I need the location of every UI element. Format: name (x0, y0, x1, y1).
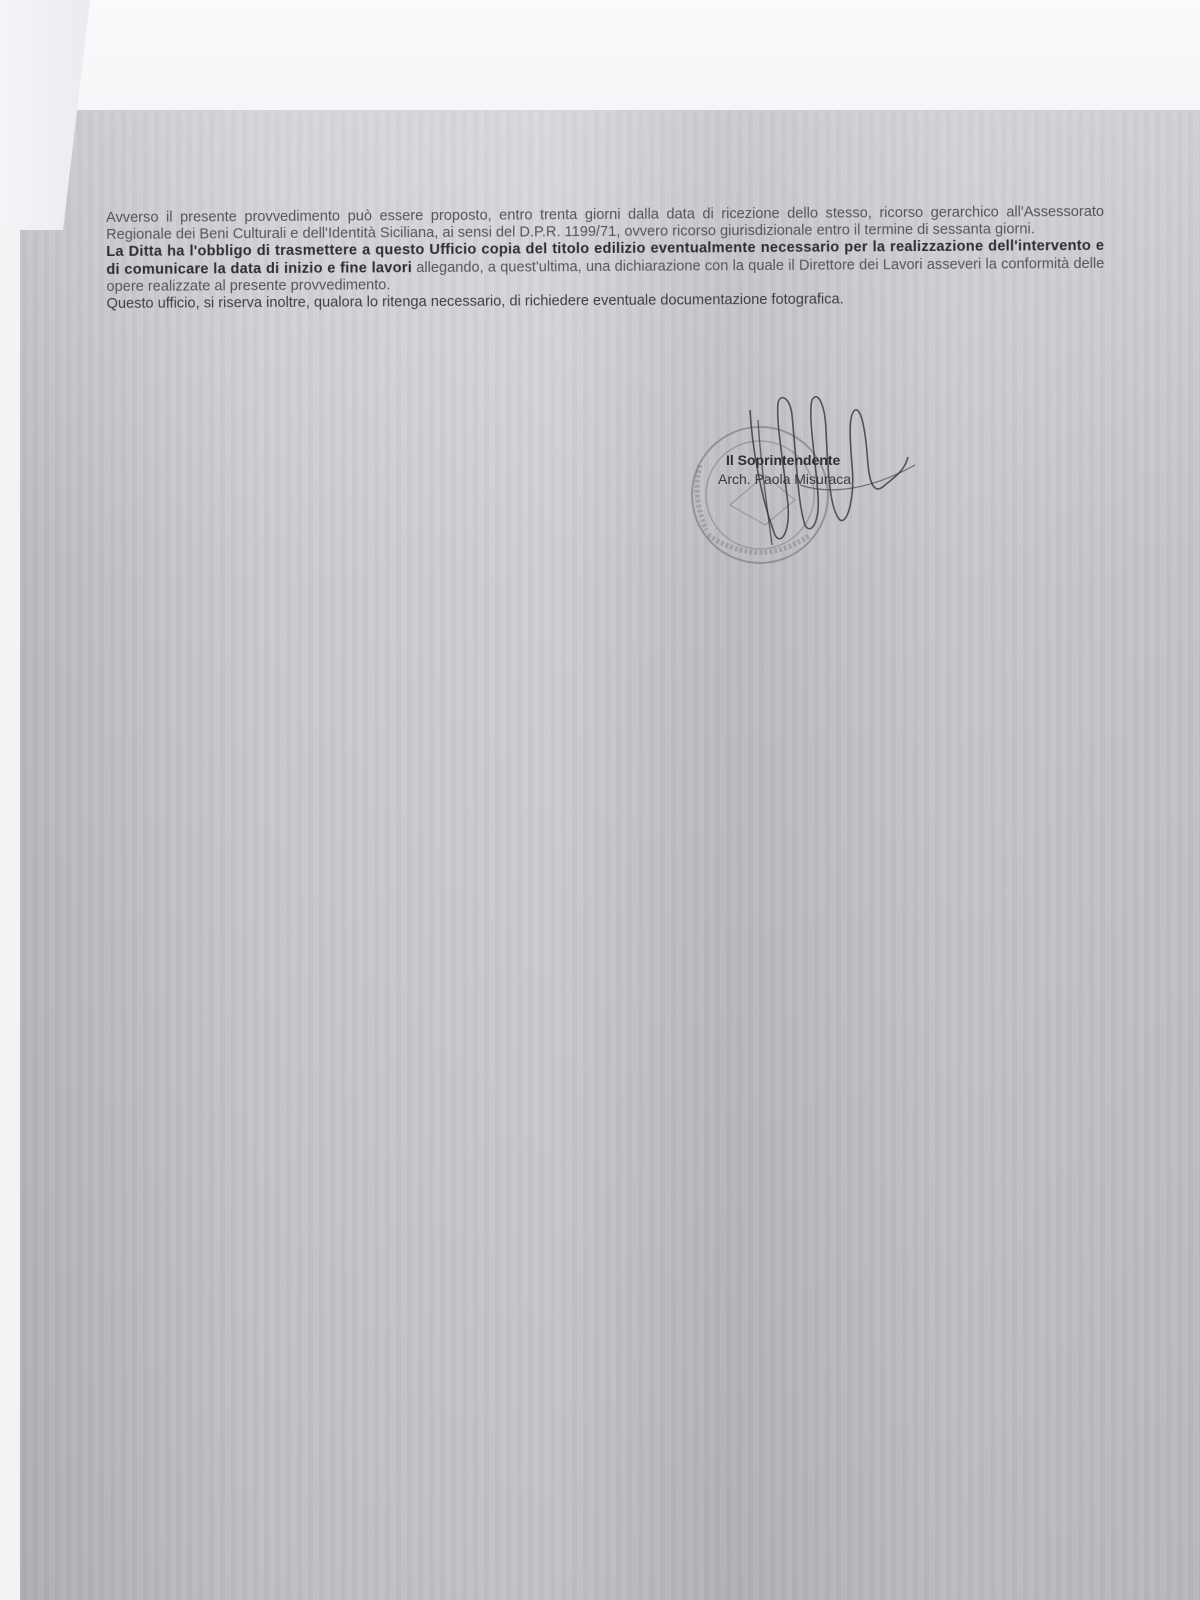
signature-block: Il Soprintendente Arch. Paola Misuraca (680, 385, 940, 575)
paragraph-obligation: La Ditta ha l'obbligo di trasmettere a q… (106, 238, 1104, 296)
overlapping-top-sheet (0, 0, 1200, 110)
document-body: Avverso il presente provvedimento può es… (106, 204, 1105, 313)
handwritten-signature-icon (680, 385, 940, 575)
